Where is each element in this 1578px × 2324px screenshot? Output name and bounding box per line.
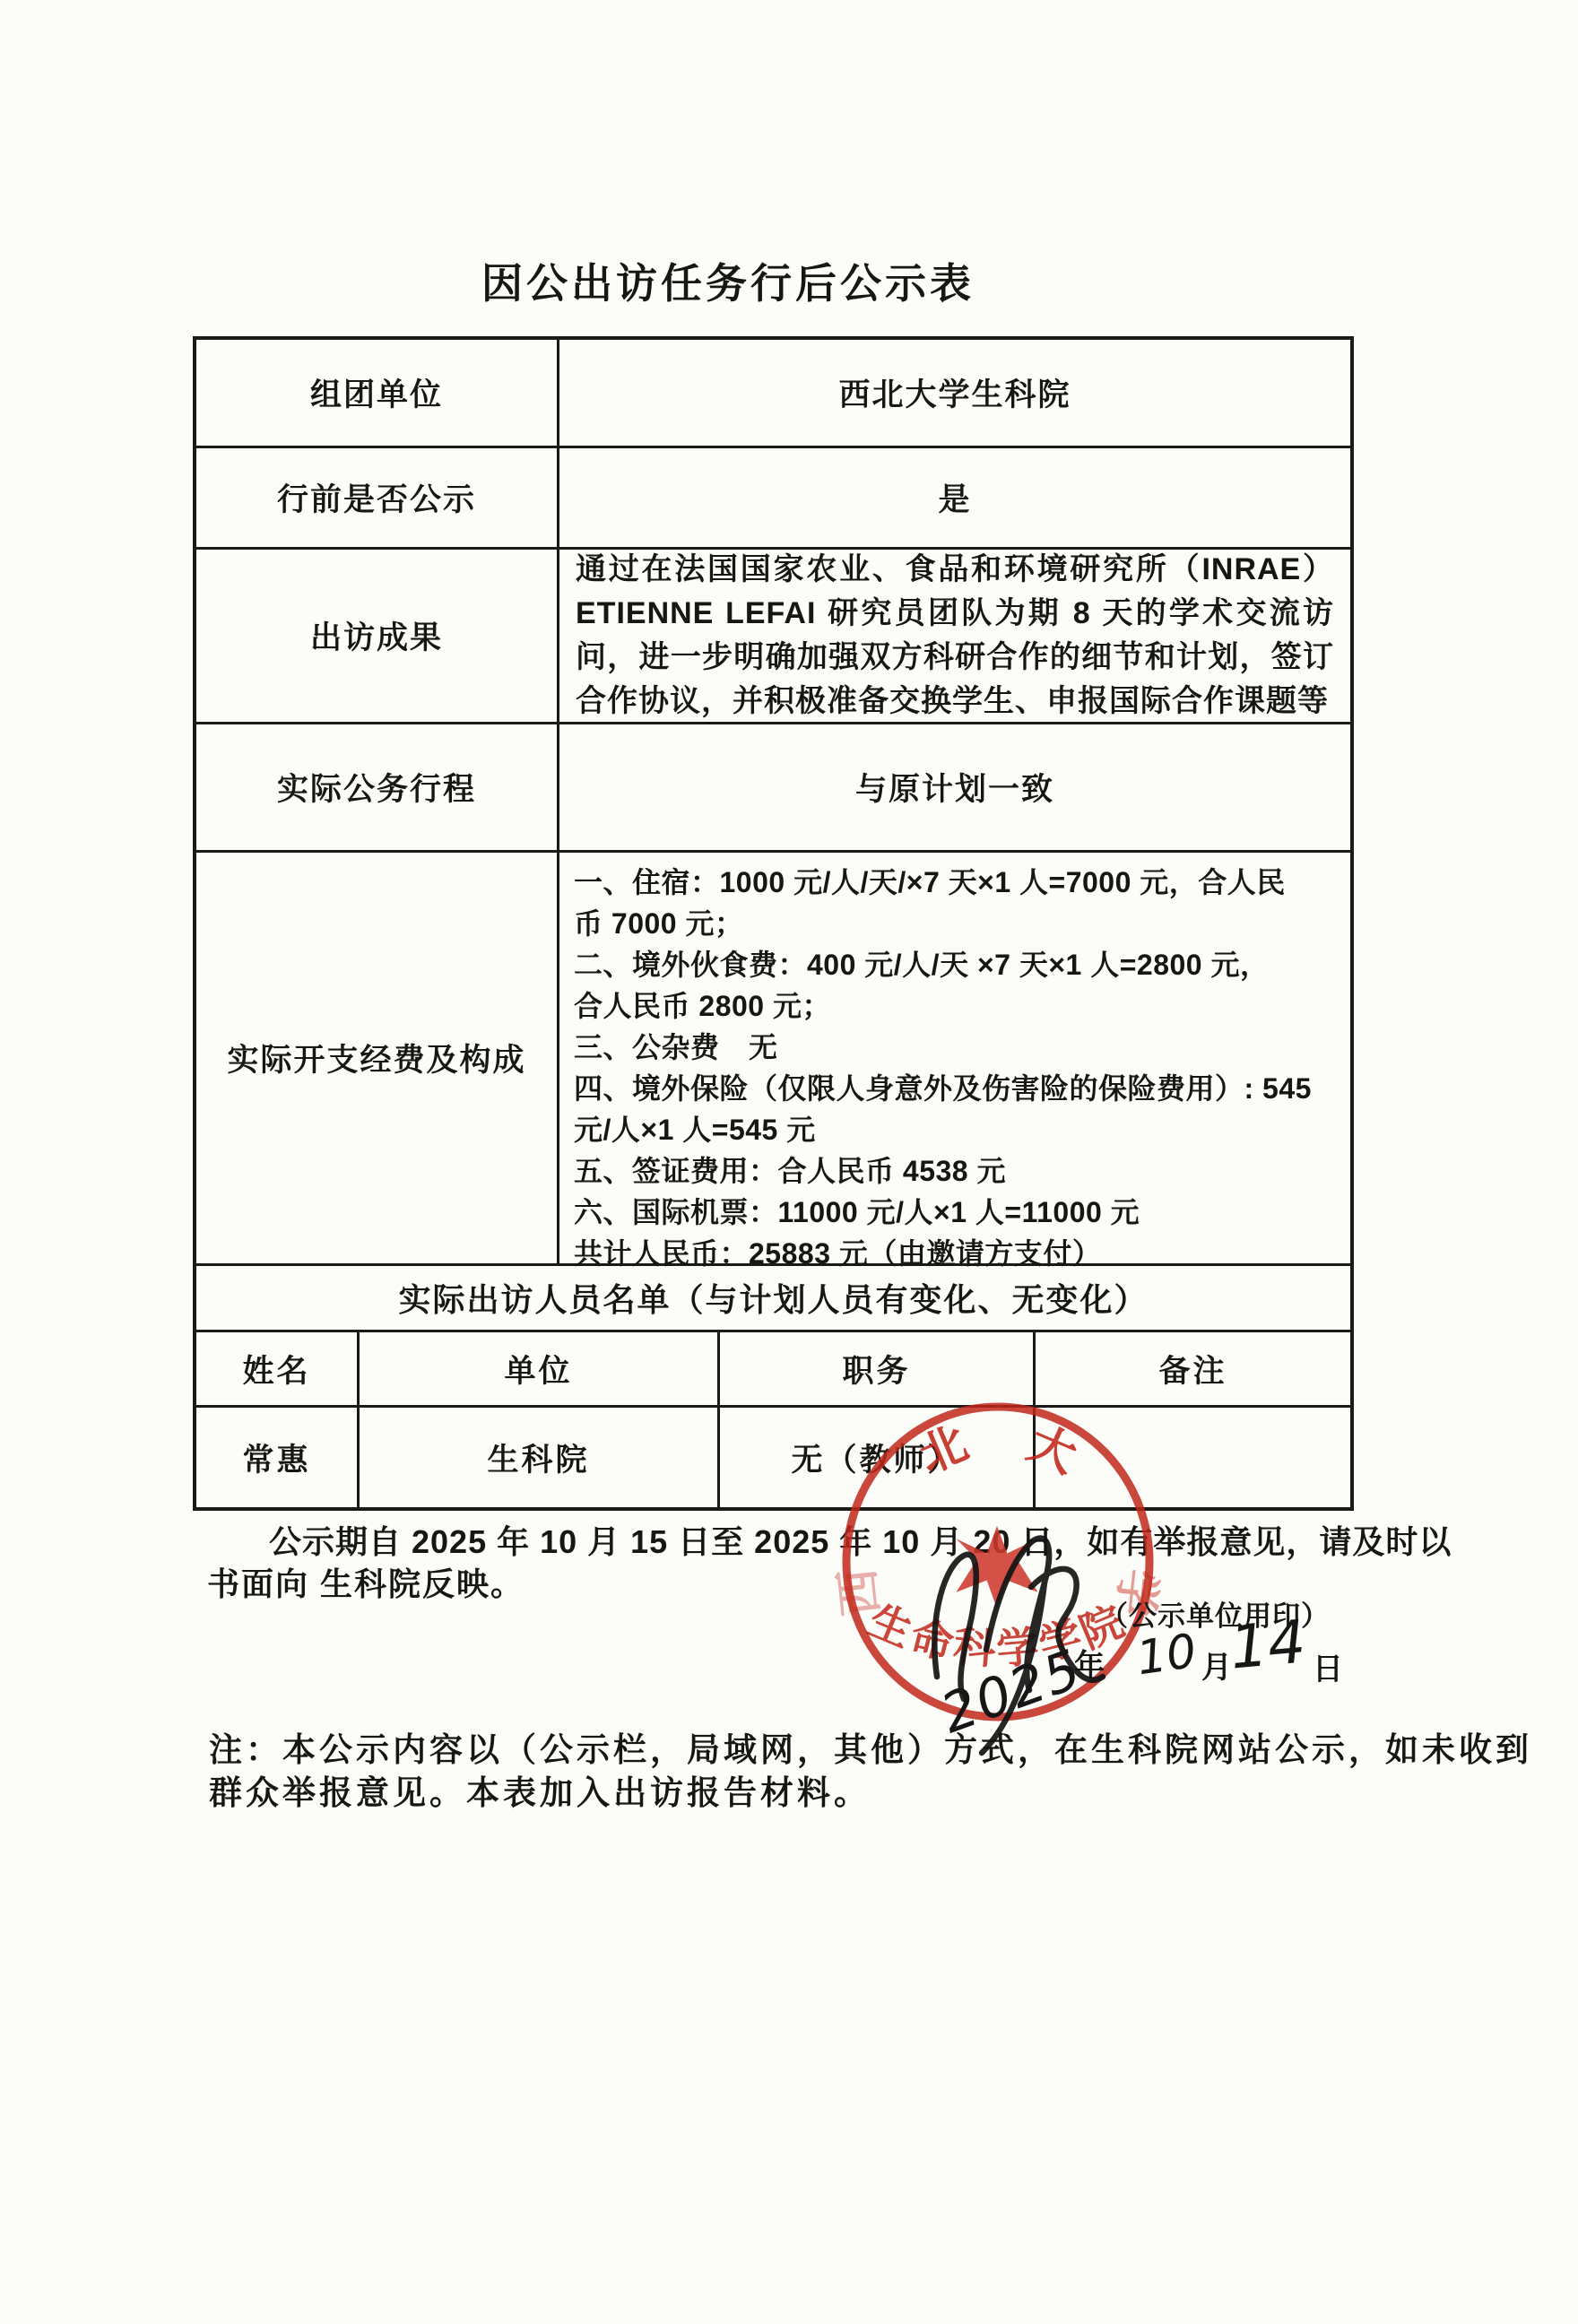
- row-label: 实际公务行程: [196, 724, 559, 850]
- table-row: 行前是否公示 是: [196, 448, 1350, 550]
- roster-header-unit: 单位: [360, 1332, 720, 1405]
- row-label: 实际开支经费及构成: [196, 853, 559, 1263]
- row-value: 是: [559, 448, 1350, 547]
- visit-results-text: 通过在法国国家农业、食品和环境研究所（INRAE）ETIENNE LEFAI 研…: [559, 548, 1350, 724]
- table-row: 组团单位 西北大学生科院: [196, 340, 1350, 448]
- roster-data-row: 常惠 生科院 无（教师）: [196, 1408, 1350, 1507]
- roster-title: 实际出访人员名单（与计划人员有变化、无变化）: [196, 1266, 1350, 1330]
- footnote-line1: 注：本公示内容以（公示栏，局域网，其他）方式，在生科院网站公示，如未收到: [209, 1722, 1532, 1771]
- day-label: 日: [1313, 1644, 1343, 1688]
- table-row: 实际公务行程 与原计划一致: [196, 724, 1350, 853]
- roster-header-duty: 职务: [720, 1332, 1036, 1405]
- handwritten-signature: [874, 1515, 1143, 1775]
- page-title: 因公出访任务行后公示表: [481, 251, 975, 310]
- roster-cell-name: 常惠: [196, 1408, 360, 1507]
- roster-cell-unit: 生科院: [360, 1408, 720, 1507]
- roster-header-remark: 备注: [1036, 1332, 1350, 1405]
- row-label: 组团单位: [196, 340, 559, 446]
- row-value: 通过在法国国家农业、食品和环境研究所（INRAE）ETIENNE LEFAI 研…: [559, 550, 1350, 722]
- footnote-line2: 群众举报意见。本表加入出访报告材料。: [209, 1765, 871, 1814]
- month-label: 月: [1201, 1643, 1232, 1687]
- handwritten-month: 10: [1133, 1625, 1200, 1687]
- table-row: 实际开支经费及构成 一、住宿：1000 元/人/天/×7 天×1 人=7000 …: [196, 853, 1350, 1266]
- notice-period-line2: 书面向 生科院反映。: [207, 1559, 525, 1605]
- roster-header-row: 姓名 单位 职务 备注: [196, 1332, 1350, 1408]
- scanned-form-page: 因公出访任务行后公示表 组团单位 西北大学生科院 行前是否公示 是 出访成果 通…: [0, 0, 1578, 2324]
- row-label: 行前是否公示: [196, 448, 559, 547]
- row-label: 出访成果: [196, 550, 559, 722]
- expense-breakdown: 一、住宿：1000 元/人/天/×7 天×1 人=7000 元，合人民币 700…: [559, 853, 1350, 1263]
- row-value: 西北大学生科院: [559, 340, 1350, 446]
- roster-header-name: 姓名: [196, 1332, 360, 1405]
- form-table: 组团单位 西北大学生科院 行前是否公示 是 出访成果 通过在法国国家农业、食品和…: [193, 336, 1354, 1511]
- table-row: 出访成果 通过在法国国家农业、食品和环境研究所（INRAE）ETIENNE LE…: [196, 550, 1350, 724]
- handwritten-day: 14: [1227, 1607, 1308, 1682]
- row-value: 与原计划一致: [559, 724, 1350, 850]
- roster-title-row: 实际出访人员名单（与计划人员有变化、无变化）: [196, 1266, 1350, 1332]
